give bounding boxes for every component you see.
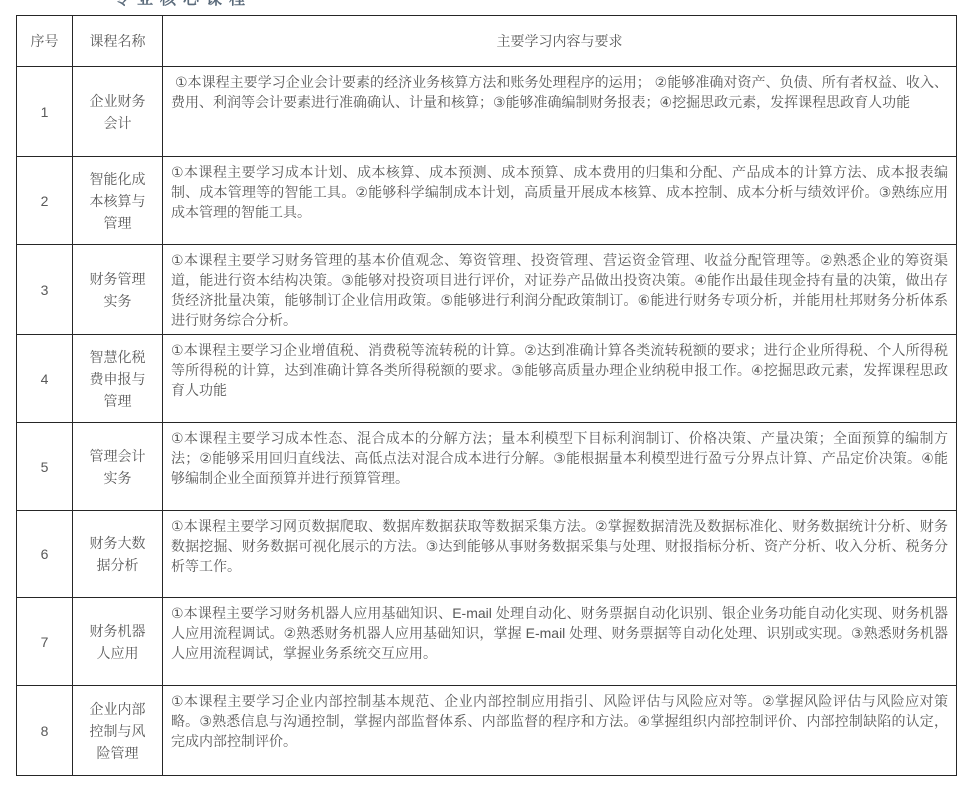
- clipped-heading: 专业核心课程: [114, 0, 314, 7]
- course-content-text: ①本课程主要学习企业内部控制基本规范、企业内部控制应用指引、风险评估与风险应对等…: [171, 691, 948, 751]
- course-content-text: ①本课程主要学习财务机器人应用基础知识、E-mail 处理自动化、财务票据自动化…: [171, 603, 948, 663]
- cell-course-content: ①本课程主要学习企业增值税、消费税等流转税的计算。②达到准确计算各类流转税额的要…: [163, 335, 957, 423]
- table-row: 5 管理会计实务 ①本课程主要学习成本性态、混合成本的分解方法；量本利模型下目标…: [17, 423, 957, 511]
- cell-course-no: 3: [17, 245, 73, 335]
- cell-course-name: 管理会计实务: [73, 423, 163, 511]
- table-row: 1 企业财务会计 ①本课程主要学习企业会计要素的经济业务核算方法和账务处理程序的…: [17, 67, 957, 157]
- cell-course-no: 8: [17, 686, 73, 776]
- cell-course-name: 财务机器人应用: [73, 598, 163, 686]
- table-row: 7 财务机器人应用 ①本课程主要学习财务机器人应用基础知识、E-mail 处理自…: [17, 598, 957, 686]
- table-row: 2 智能化成本核算与管理 ①本课程主要学习成本计划、成本核算、成本预测、成本预算…: [17, 157, 957, 245]
- cell-course-content: ①本课程主要学习财务机器人应用基础知识、E-mail 处理自动化、财务票据自动化…: [163, 598, 957, 686]
- course-content-text: ①本课程主要学习企业增值税、消费税等流转税的计算。②达到准确计算各类流转税额的要…: [171, 340, 948, 400]
- cell-course-no: 5: [17, 423, 73, 511]
- cell-course-content: ①本课程主要学习网页数据爬取、数据库数据获取等数据采集方法。②掌握数据清洗及数据…: [163, 511, 957, 598]
- table-header-row: 序号 课程名称 主要学习内容与要求: [17, 16, 957, 67]
- header-cell-no: 序号: [17, 16, 73, 67]
- cell-course-name: 财务管理实务: [73, 245, 163, 335]
- cell-course-no: 6: [17, 511, 73, 598]
- document-page: 专业核心课程 序号 课程名称 主要学习内容与要求 1 企业财务会计 ①本课程主要…: [0, 0, 971, 795]
- header-cell-name: 课程名称: [73, 16, 163, 67]
- cell-course-name: 智能化成本核算与管理: [73, 157, 163, 245]
- courses-table: 序号 课程名称 主要学习内容与要求 1 企业财务会计 ①本课程主要学习企业会计要…: [16, 15, 957, 776]
- cell-course-content: ①本课程主要学习财务管理的基本价值观念、筹资管理、投资管理、营运资金管理、收益分…: [163, 245, 957, 335]
- table-row: 4 智慧化税费申报与管理 ①本课程主要学习企业增值税、消费税等流转税的计算。②达…: [17, 335, 957, 423]
- cell-course-name: 企业内部控制与风险管理: [73, 686, 163, 776]
- cell-course-name: 企业财务会计: [73, 67, 163, 157]
- cell-course-no: 7: [17, 598, 73, 686]
- cell-course-no: 1: [17, 67, 73, 157]
- course-content-text: ①本课程主要学习财务管理的基本价值观念、筹资管理、投资管理、营运资金管理、收益分…: [171, 250, 948, 330]
- cell-course-name: 智慧化税费申报与管理: [73, 335, 163, 423]
- header-cell-content: 主要学习内容与要求: [163, 16, 957, 67]
- cell-course-content: ①本课程主要学习企业会计要素的经济业务核算方法和账务处理程序的运用； ②能够准确…: [163, 67, 957, 157]
- course-content-text: ①本课程主要学习成本性态、混合成本的分解方法；量本利模型下目标利润制订、价格决策…: [171, 428, 948, 488]
- clipped-heading-text: 专业核心课程: [114, 0, 314, 7]
- table-row: 3 财务管理实务 ①本课程主要学习财务管理的基本价值观念、筹资管理、投资管理、营…: [17, 245, 957, 335]
- course-content-text: ①本课程主要学习企业会计要素的经济业务核算方法和账务处理程序的运用； ②能够准确…: [171, 72, 948, 112]
- cell-course-content: ①本课程主要学习成本计划、成本核算、成本预测、成本预算、成本费用的归集和分配、产…: [163, 157, 957, 245]
- cell-course-content: ①本课程主要学习成本性态、混合成本的分解方法；量本利模型下目标利润制订、价格决策…: [163, 423, 957, 511]
- cell-course-name: 财务大数据分析: [73, 511, 163, 598]
- cell-course-content: ①本课程主要学习企业内部控制基本规范、企业内部控制应用指引、风险评估与风险应对等…: [163, 686, 957, 776]
- table-row: 8 企业内部控制与风险管理 ①本课程主要学习企业内部控制基本规范、企业内部控制应…: [17, 686, 957, 776]
- cell-course-no: 2: [17, 157, 73, 245]
- course-content-text: ①本课程主要学习网页数据爬取、数据库数据获取等数据采集方法。②掌握数据清洗及数据…: [171, 516, 948, 576]
- course-content-text: ①本课程主要学习成本计划、成本核算、成本预测、成本预算、成本费用的归集和分配、产…: [171, 162, 948, 222]
- table-row: 6 财务大数据分析 ①本课程主要学习网页数据爬取、数据库数据获取等数据采集方法。…: [17, 511, 957, 598]
- cell-course-no: 4: [17, 335, 73, 423]
